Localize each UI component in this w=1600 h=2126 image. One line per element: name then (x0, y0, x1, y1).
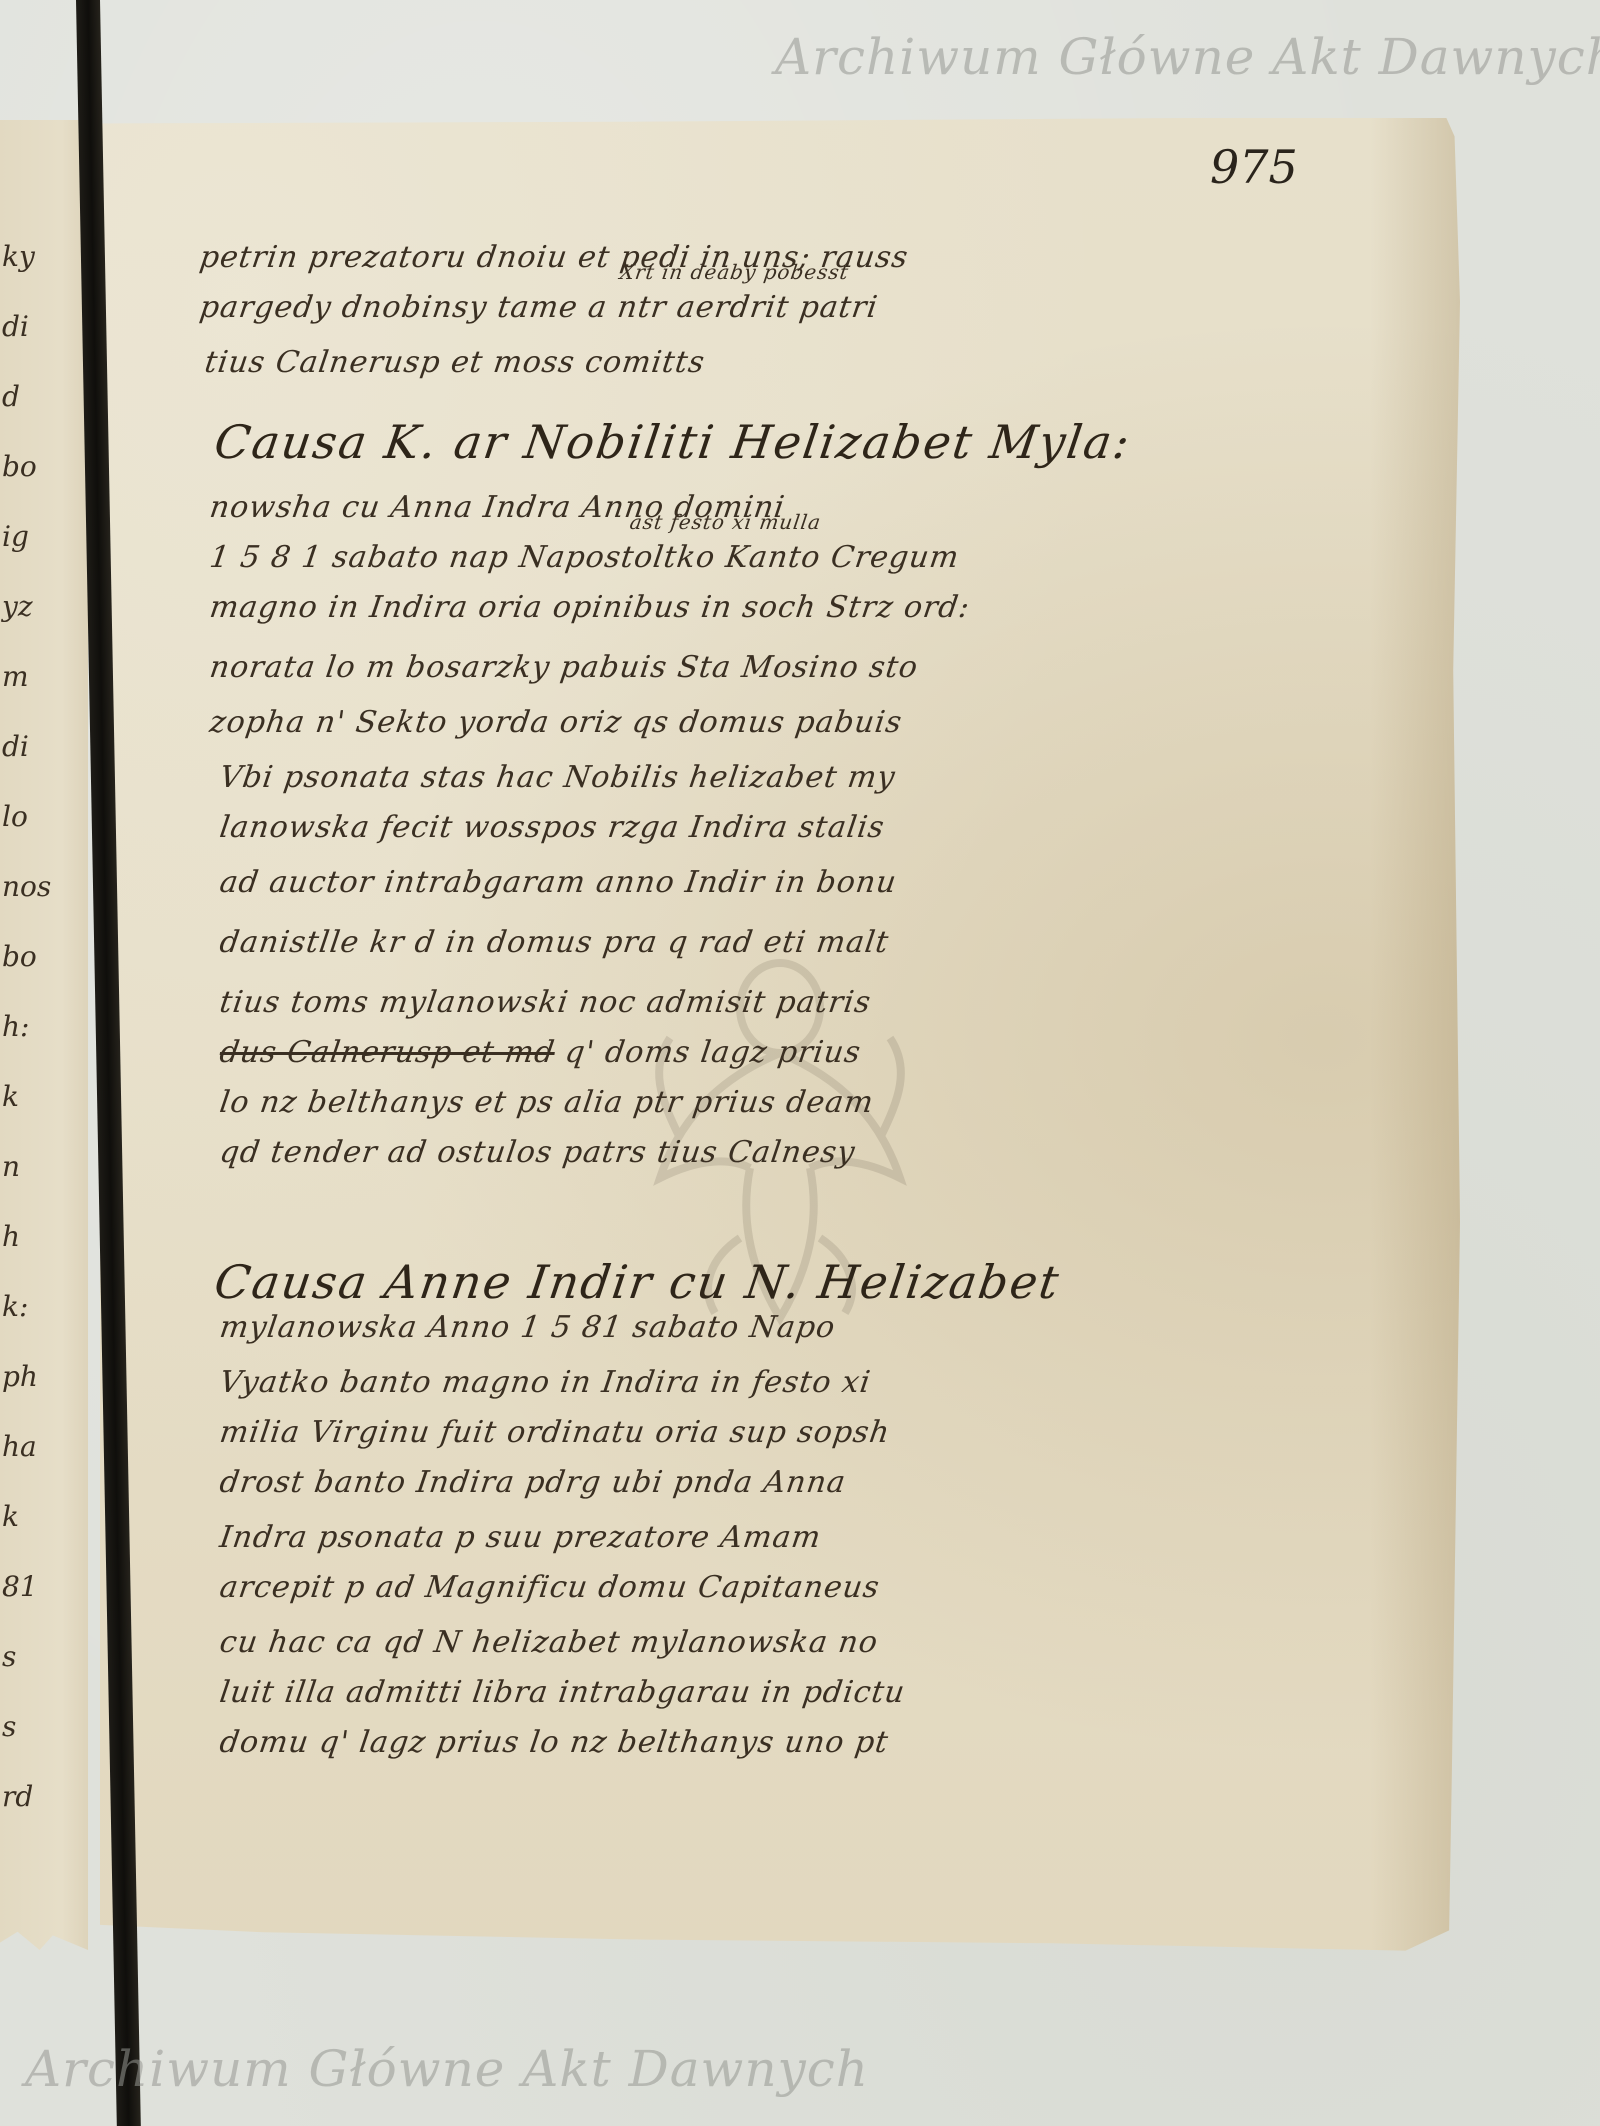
left-page-fragment: ig (2, 520, 29, 553)
left-page-fragment: di (2, 310, 29, 343)
page-edge-shading (1370, 118, 1460, 1958)
manuscript-line: arcepit p ad Magnificu domu Capitaneus (218, 1570, 882, 1605)
left-page-fragment: m (2, 660, 29, 693)
manuscript-line: ad auctor intrabgaram anno Indir in bonu (218, 865, 900, 900)
folio-number: 975 (1210, 140, 1298, 194)
archive-watermark-top: Archiwum Główne Akt Dawnych (775, 28, 1600, 86)
left-page-fragment: nos (2, 870, 51, 903)
manuscript-line: Vyatko banto magno in Indira in festo xi (218, 1365, 874, 1400)
manuscript-line: norata lo m bosarzky pabuis Sta Mosino s… (208, 650, 921, 685)
manuscript-line: magno in Indira oria opinibus in soch St… (208, 590, 973, 625)
left-page-fragment: h: (2, 1010, 29, 1043)
left-page-fragment: n (2, 1150, 20, 1183)
manuscript-line: Indra psonata p suu prezatore Amam (218, 1520, 824, 1555)
left-page-fragment: 81 (2, 1570, 38, 1603)
manuscript-line: zopha n' Sekto yorda oriz qs domus pabui… (208, 705, 905, 740)
manuscript-line: luit illa admitti libra intrabgarau in p… (218, 1675, 908, 1710)
manuscript-line: pargedy dnobinsy tame a ntr aerdrit patr… (198, 290, 881, 325)
manuscript-line: danistlle kr d in domus pra q rad eti ma… (218, 925, 892, 960)
manuscript-line: qd tender ad ostulos patrs tius Calnesy (218, 1135, 858, 1170)
archive-watermark-bottom: Archiwum Główne Akt Dawnych (25, 2040, 869, 2098)
left-page-fragment: ph (2, 1360, 38, 1393)
manuscript-line: dus Calnerusp et md q' doms lagz prius (218, 1035, 864, 1070)
manuscript-line: tius Calnerusp et moss comitts (203, 345, 708, 380)
left-page-fragment: lo (2, 800, 28, 833)
manuscript-line: lanowska fecit wosspos rzga Indira stali… (218, 810, 887, 845)
left-page-fragment: bo (2, 940, 37, 973)
left-page-fragment: bo (2, 450, 37, 483)
left-page-fragment: di (2, 730, 29, 763)
interlinear-note: ast festo xi mulla (628, 510, 822, 534)
manuscript-line: drost banto Indira pdrg ubi pnda Anna (218, 1465, 849, 1500)
left-page-fragment: s (2, 1640, 16, 1673)
case-heading: Causa K. ar Nobiliti Helizabet Myla: (211, 415, 1134, 469)
left-page-fragment: k (2, 1080, 19, 1113)
manuscript-line: 1 5 8 1 sabato nap Napostoltko Kanto Cre… (208, 540, 962, 575)
manuscript-line: cu hac ca qd N helizabet mylanowska no (218, 1625, 881, 1660)
left-page-fragment: k (2, 1500, 19, 1533)
left-page-fragment: ky (2, 240, 35, 273)
left-page-fragment: ha (2, 1430, 37, 1463)
case-heading: Causa Anne Indir cu N. Helizabet (211, 1255, 1064, 1309)
left-page-fragment: d (2, 380, 20, 413)
manuscript-line: milia Virginu fuit ordinatu oria sup sop… (218, 1415, 893, 1450)
manuscript-line: domu q' lagz prius lo nz belthanys uno p… (218, 1725, 891, 1760)
manuscript-line: lo nz belthanys et ps alia ptr prius dea… (218, 1085, 877, 1120)
line-remainder: q' doms lagz prius (552, 1035, 863, 1070)
left-page-fragment: s (2, 1710, 16, 1743)
manuscript-line: Vbi psonata stas hac Nobilis helizabet m… (218, 760, 898, 795)
interlinear-note: Xrt in deaby pobesst (618, 260, 850, 284)
left-page-fragment: rd (2, 1780, 33, 1813)
manuscript-line: tius toms mylanowski noc admisit patris (218, 985, 874, 1020)
left-page-fragment: yz (2, 590, 33, 623)
left-page-fragment: h (2, 1220, 20, 1253)
manuscript-line: mylanowska Anno 1 5 81 sabato Napo (218, 1310, 838, 1345)
struck-text: dus Calnerusp et md (218, 1035, 558, 1070)
left-page-fragment: k: (2, 1290, 28, 1323)
